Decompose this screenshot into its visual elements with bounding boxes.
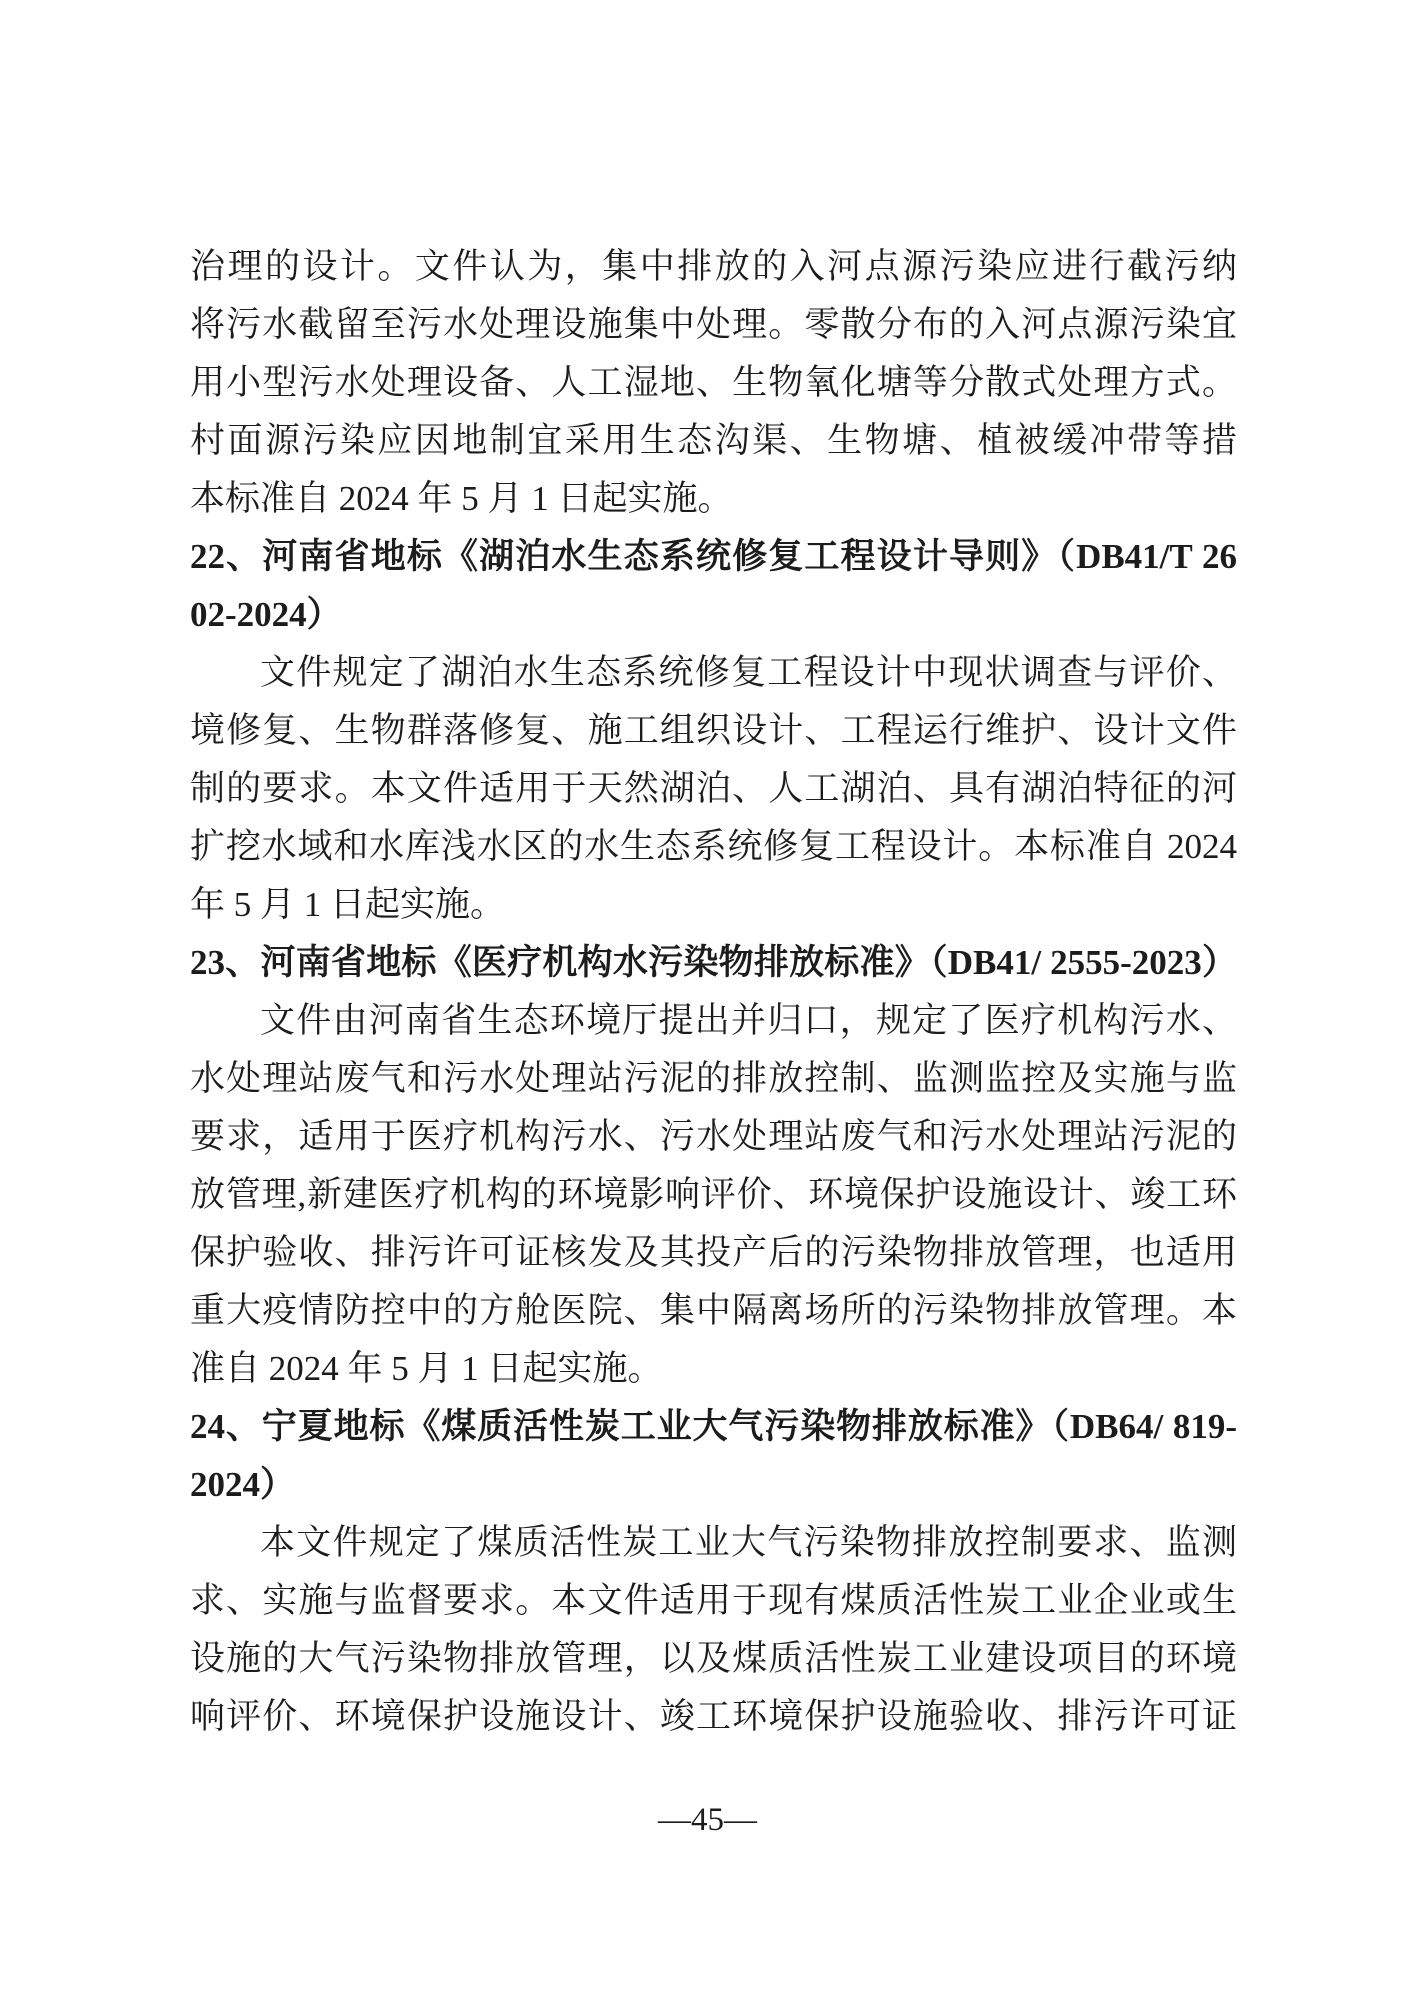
text-line: 求、实施与监督要求。本文件适用于现有煤质活性炭工业企业或生产 (190, 1572, 1237, 1630)
text-line: 境修复、生物群落修复、施工组织设计、工程运行维护、设计文件编 (190, 702, 1237, 760)
text-line: 将污水截留至污水处理设施集中处理。零散分布的入河点源污染宜采 (190, 296, 1237, 354)
heading-item-22: 22、河南省地标《湖泊水生态系统修复工程设计导则》（DB41/T 26 02-2… (190, 528, 1237, 644)
paragraph-23: 文件由河南省生态环境厅提出并归口，规定了医疗机构污水、污 水处理站废气和污水处理… (190, 992, 1237, 1398)
text-line: 准自 2024 年 5 月 1 日起实施。 (190, 1340, 1237, 1398)
heading-line: 2024） (190, 1456, 1237, 1514)
text-line: 本标准自 2024 年 5 月 1 日起实施。 (190, 470, 1237, 528)
heading-line: 22、河南省地标《湖泊水生态系统修复工程设计导则》（DB41/T 26 (190, 528, 1237, 586)
document-text-block: 治理的设计。文件认为，集中排放的入河点源污染应进行截污纳管， 将污水截留至污水处… (190, 238, 1237, 1746)
heading-item-23: 23、河南省地标《医疗机构水污染物排放标准》（DB41/ 2555-2023） (190, 934, 1237, 992)
text-line: 重大疫情防控中的方舱医院、集中隔离场所的污染物排放管理。本标 (190, 1282, 1237, 1340)
text-line: 用小型污水处理设备、人工湿地、生物氧化塘等分散式处理方式。农 (190, 354, 1237, 412)
heading-item-24: 24、宁夏地标《煤质活性炭工业大气污染物排放标准》（DB64/ 819- 202… (190, 1398, 1237, 1514)
paragraph-22: 文件规定了湖泊水生态系统修复工程设计中现状调查与评价、生 境修复、生物群落修复、… (190, 644, 1237, 934)
paragraph-21-continuation: 治理的设计。文件认为，集中排放的入河点源污染应进行截污纳管， 将污水截留至污水处… (190, 238, 1237, 528)
paragraph-24: 本文件规定了煤质活性炭工业大气污染物排放控制要求、监测要 求、实施与监督要求。本… (190, 1514, 1237, 1746)
page-number: —45— (0, 1800, 1415, 1840)
text-line: 制的要求。本文件适用于天然湖泊、人工湖泊、具有湖泊特征的河道 (190, 760, 1237, 818)
text-line: 村面源污染应因地制宜采用生态沟渠、生物塘、植被缓冲带等措施。 (190, 412, 1237, 470)
text-line: 保护验收、排污许可证核发及其投产后的污染物排放管理，也适用于 (190, 1224, 1237, 1282)
text-line: 文件规定了湖泊水生态系统修复工程设计中现状调查与评价、生 (190, 644, 1237, 702)
text-line: 年 5 月 1 日起实施。 (190, 876, 1237, 934)
text-line: 要求，适用于医疗机构污水、污水处理站废气和污水处理站污泥的排 (190, 1108, 1237, 1166)
text-line: 设施的大气污染物排放管理，以及煤质活性炭工业建设项目的环境影 (190, 1630, 1237, 1688)
document-page: 治理的设计。文件认为，集中排放的入河点源污染应进行截污纳管， 将污水截留至污水处… (0, 0, 1415, 2000)
heading-line: 24、宁夏地标《煤质活性炭工业大气污染物排放标准》（DB64/ 819- (190, 1398, 1237, 1456)
text-line: 治理的设计。文件认为，集中排放的入河点源污染应进行截污纳管， (190, 238, 1237, 296)
text-line: 本文件规定了煤质活性炭工业大气污染物排放控制要求、监测要 (190, 1514, 1237, 1572)
heading-line: 02-2024） (190, 586, 1237, 644)
heading-line: 23、河南省地标《医疗机构水污染物排放标准》（DB41/ 2555-2023） (190, 934, 1237, 992)
text-line: 文件由河南省生态环境厅提出并归口，规定了医疗机构污水、污 (190, 992, 1237, 1050)
text-line: 响评价、环境保护设施设计、竣工环境保护设施验收、排污许可证核 (190, 1688, 1237, 1746)
text-line: 水处理站废气和污水处理站污泥的排放控制、监测监控及实施与监督 (190, 1050, 1237, 1108)
text-line: 放管理,新建医疗机构的环境影响评价、环境保护设施设计、竣工环境 (190, 1166, 1237, 1224)
text-line: 扩挖水域和水库浅水区的水生态系统修复工程设计。本标准自 2024 (190, 818, 1237, 876)
